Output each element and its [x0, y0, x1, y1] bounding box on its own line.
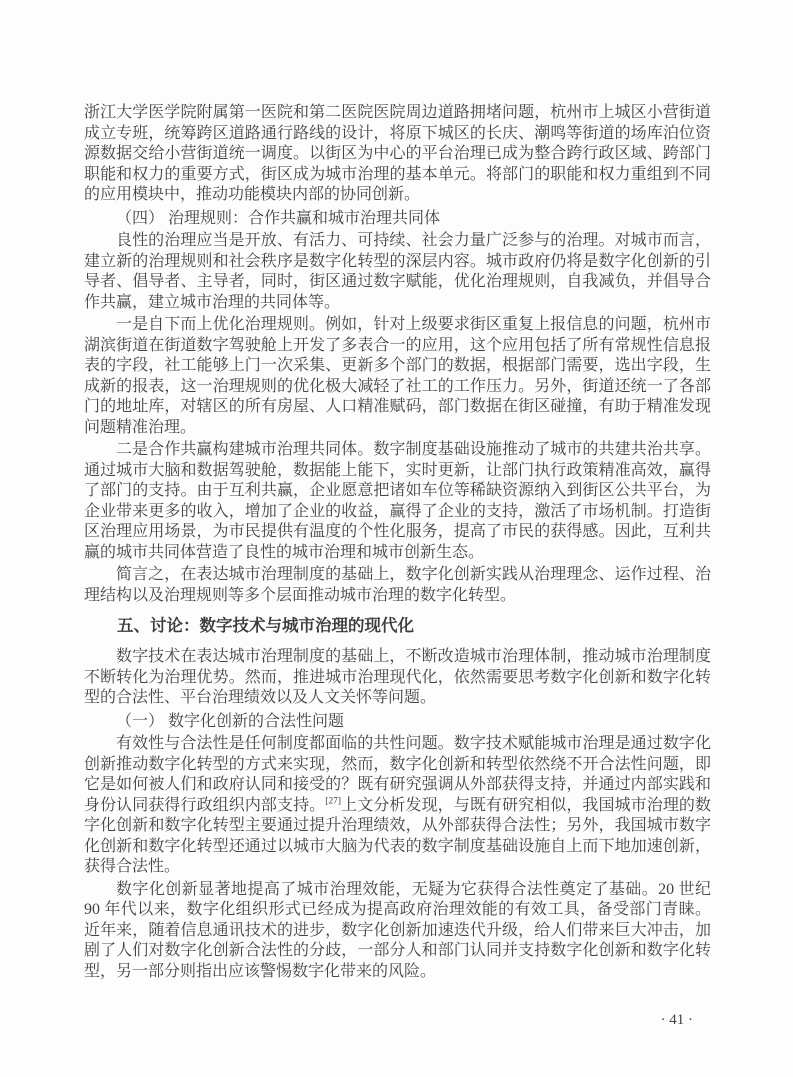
- paragraph-section-summary: 简言之，在表达城市治理制度的基础上，数字化创新实践从治理理念、运作过程、治理结构…: [84, 565, 711, 606]
- paragraph-efficiency-and-legitimacy: 数字化创新显著地提高了城市治理效能，无疑为它获得合法性奠定了基础。20 世纪 9…: [84, 880, 711, 983]
- paragraph-legitimacy-question: 有效性与合法性是任何制度都面临的共性问题。数字技术赋能城市治理是通过数字化创新推…: [84, 734, 711, 878]
- subsection-heading-4-governance-rules: （四） 治理规则：合作共赢和城市治理共同体: [84, 209, 711, 230]
- page-number: · 41 ·: [661, 1012, 694, 1029]
- page-body-text: 浙江大学医学院附属第一医院和第二医院医院周边道路拥堵问题，杭州市上城区小营街道成…: [84, 103, 711, 984]
- paragraph-bottom-up-rule-optimization: 一是自下而上优化治理规则。例如，针对上级要求街区重复上报信息的问题，杭州市湖滨街…: [84, 315, 711, 438]
- paragraph-good-governance: 良性的治理应当是开放、有活力、可持续、社会力量广泛参与的治理。对城市而言，建立新…: [84, 231, 711, 313]
- paragraph-street-platform-governance: 浙江大学医学院附属第一医院和第二医院医院周边道路拥堵问题，杭州市上城区小营街道成…: [84, 103, 711, 206]
- paragraph-win-win-community: 二是合作共赢构建城市治理共同体。数字制度基础设施推动了城市的共建共治共享。通过城…: [84, 440, 711, 563]
- section-heading-5-discussion: 五、讨论：数字技术与城市治理的现代化: [84, 616, 711, 637]
- paper-page: 浙江大学医学院附属第一医院和第二医院医院周边道路拥堵问题，杭州市上城区小营街道成…: [0, 0, 793, 1077]
- subsection-heading-1-legitimacy: （一） 数字化创新的合法性问题: [84, 712, 711, 733]
- paragraph-digital-tech-modernization: 数字技术在表达城市治理制度的基础上，不断改造城市治理体制，推动城市治理制度不断转…: [84, 647, 711, 709]
- document-page: { "document": { "colors": { "text": "#42…: [0, 0, 793, 1077]
- footnote-ref-27: [27]: [325, 796, 341, 806]
